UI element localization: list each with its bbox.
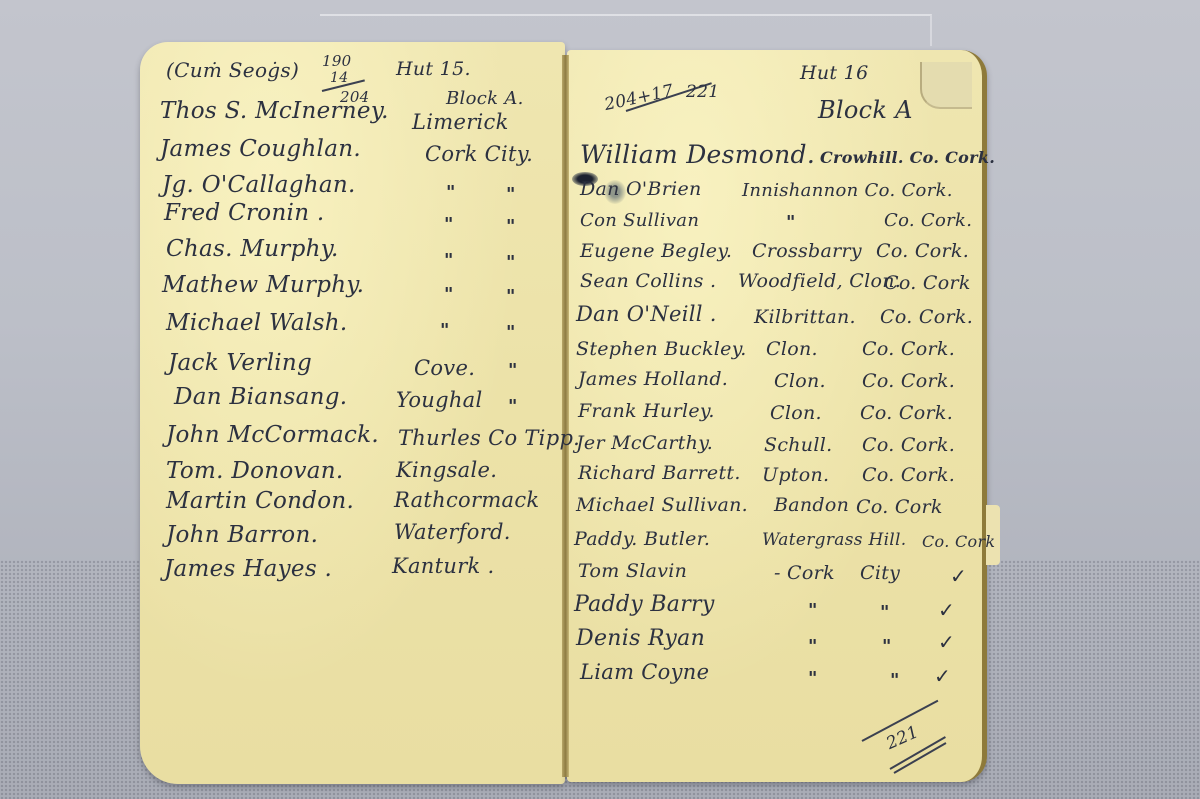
entry-county: City xyxy=(860,562,900,584)
notebook-spine-gutter xyxy=(562,55,569,777)
entry-place: Rathcormack xyxy=(394,488,539,512)
entry-county: Co. Cork. xyxy=(876,240,969,262)
ditto-mark: " xyxy=(506,252,516,273)
entry-name: Eugene Begley. xyxy=(580,240,732,262)
entry-name: Denis Ryan xyxy=(576,626,705,651)
entry-name: John McCormack. xyxy=(166,422,379,448)
entry-name: William Desmond. xyxy=(580,140,815,169)
entry-name: Chas. Murphy. xyxy=(166,236,339,262)
check-mark-icon: ✓ xyxy=(938,598,955,622)
ditto-mark: " xyxy=(808,636,818,657)
entry-county: Co. Cork xyxy=(922,532,995,551)
entry-place: Clon. xyxy=(766,338,818,360)
ditto-mark: " xyxy=(808,668,818,689)
entry-place: Crossbarry xyxy=(752,240,862,262)
entry-name: Dan Biansang. xyxy=(174,384,347,410)
entry-place: - Cork xyxy=(774,562,835,584)
entry-name: John Barron. xyxy=(166,522,318,548)
entry-county: Co. Cork. xyxy=(860,402,953,424)
entry-place: Waterford. xyxy=(394,520,511,544)
check-mark-icon: ✓ xyxy=(934,664,951,688)
entry-county: Co. Cork. xyxy=(862,338,955,360)
entry-county: Co. Cork. xyxy=(862,434,955,456)
entry-place: Clon. xyxy=(770,402,822,424)
entry-name: Frank Hurley. xyxy=(578,400,715,422)
ditto-mark: " xyxy=(440,320,450,341)
entry-place: Youghal xyxy=(396,388,483,412)
ditto-mark: " xyxy=(506,184,516,205)
ditto-mark: " xyxy=(444,284,454,305)
ditto-mark: " xyxy=(508,360,518,381)
ditto-mark: " xyxy=(882,636,892,657)
check-mark-icon: ✓ xyxy=(938,630,955,654)
ditto-mark: " xyxy=(506,322,516,343)
entry-place: Cove. xyxy=(414,356,475,380)
ditto-mark: " xyxy=(444,250,454,271)
entry-name: Thos S. McInerney. xyxy=(160,98,389,124)
entry-name: Sean Collins . xyxy=(580,270,716,292)
entry-name: James Hayes . xyxy=(164,556,332,582)
entry-name: James Coughlan. xyxy=(160,136,361,162)
entry-name: Liam Coyne xyxy=(580,660,709,684)
entry-county: Co. Cork xyxy=(856,496,943,518)
block-label: Block A. xyxy=(446,88,524,109)
entry-place: Clon. xyxy=(774,370,826,392)
entry-place: Limerick xyxy=(412,110,509,134)
entry-place: Innishannon Co. Cork. xyxy=(742,180,953,201)
ditto-mark: " xyxy=(508,396,518,417)
entry-name: Dan O'Neill . xyxy=(576,302,717,326)
entry-name: James Holland. xyxy=(578,368,728,390)
entry-name: Paddy Barry xyxy=(574,592,715,617)
ditto-mark: " xyxy=(506,216,516,237)
ditto-mark: " xyxy=(880,602,890,623)
entry-name: Michael Sullivan. xyxy=(576,494,748,516)
hut-label: Hut 15. xyxy=(396,58,471,80)
entry-name: Fred Cronin . xyxy=(164,200,325,226)
entry-name: Tom. Donovan. xyxy=(166,458,344,484)
ditto-mark: " xyxy=(444,214,454,235)
entry-name: Tom Slavin xyxy=(578,560,687,582)
entry-place: Cork City. xyxy=(425,142,533,166)
entry-county: Co. Cork. xyxy=(862,370,955,392)
entry-place: Schull. xyxy=(764,434,832,456)
entry-place: Kingsale. xyxy=(396,458,497,482)
entry-name: Paddy. Butler. xyxy=(574,528,710,550)
entry-name: Jg. O'Callaghan. xyxy=(162,172,356,198)
entry-name: Richard Barrett. xyxy=(578,462,741,484)
entry-name: Con Sullivan xyxy=(580,210,699,231)
entry-county: Co. Cork. xyxy=(880,306,973,328)
check-mark-icon: ✓ xyxy=(950,564,967,588)
block-label: Block A xyxy=(818,96,913,124)
entry-place: Woodfield, Clon. xyxy=(738,270,901,292)
ditto-mark: " xyxy=(506,286,516,307)
tally-top: 190 xyxy=(322,52,352,70)
header-note: (Cuṁ Seoġs) xyxy=(166,58,299,82)
entry-name: Mathew Murphy. xyxy=(162,272,364,298)
entry-name: Jer McCarthy. xyxy=(576,432,713,454)
entry-county: Co. Cork xyxy=(884,272,971,294)
tally-result: 221 xyxy=(686,82,719,102)
ditto-mark: " xyxy=(786,212,796,233)
entry-place: Kanturk . xyxy=(392,554,495,578)
entry-place: Kilbrittan. xyxy=(754,306,856,328)
entry-county: Co. Cork. xyxy=(862,464,955,486)
ditto-mark: " xyxy=(890,670,900,691)
ditto-mark: " xyxy=(446,182,456,203)
entry-name: Dan O'Brien xyxy=(580,178,702,200)
ditto-mark: " xyxy=(808,600,818,621)
entry-place: Crowhill. Co. Cork. xyxy=(820,148,995,167)
entry-name: Michael Walsh. xyxy=(166,310,347,336)
entry-place: Bandon xyxy=(774,494,849,516)
entry-name: Martin Condon. xyxy=(166,488,354,514)
hut-label: Hut 16 xyxy=(800,62,868,84)
entry-county: Co. Cork. xyxy=(884,210,972,231)
entry-place: Watergrass Hill. xyxy=(762,530,907,550)
entry-name: Jack Verling xyxy=(168,350,312,376)
entry-place: Upton. xyxy=(762,464,829,486)
page-corner-fold xyxy=(920,62,972,109)
entry-name: Stephen Buckley. xyxy=(576,338,747,360)
entry-place: Thurles Co Tipp. xyxy=(398,426,580,450)
